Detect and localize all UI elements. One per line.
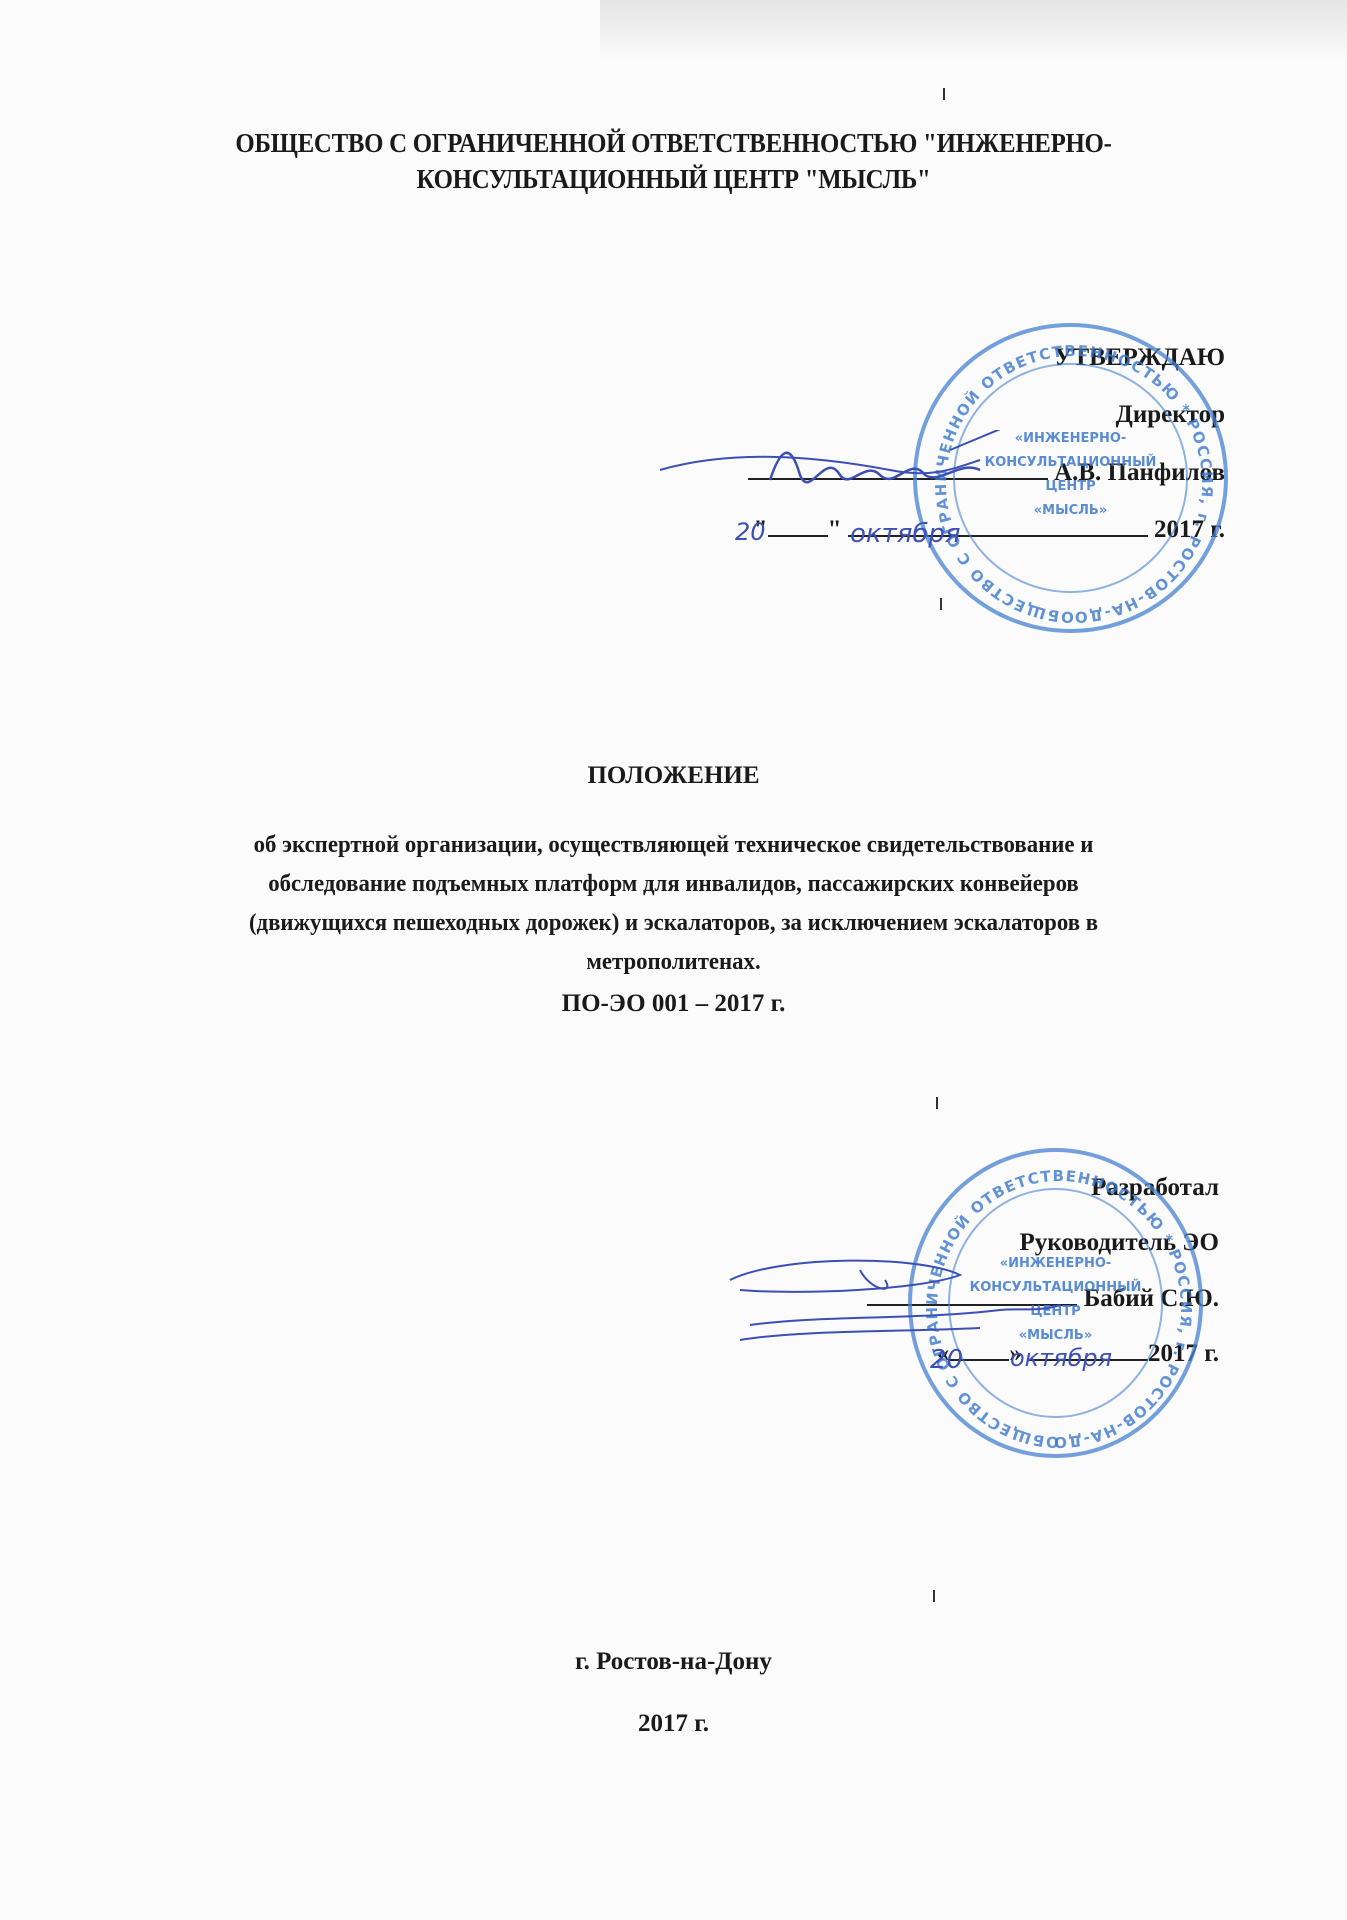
quote-close: " [828,516,842,543]
approval-position: Директор [748,395,1225,452]
organization-line-2: КОНСУЛЬТАЦИОННЫЙ ЦЕНТР "МЫСЛЬ" [54,161,1293,197]
developed-signature-row: Бабий С.Ю. [867,1278,1219,1333]
developed-heading: Разработал [867,1168,1219,1223]
city: г. Ростов-на-Дону [0,1648,1347,1676]
developed-position: Руководитель ЭО [867,1223,1219,1278]
scan-mark [940,598,942,610]
approval-signature-row: А.В. Панфилов [748,452,1225,509]
approval-heading: УТВЕРЖДАЮ [748,338,1225,395]
quote-open: « [937,1340,950,1367]
developed-year: 2017 г. [1148,1340,1219,1367]
day-field [768,509,828,537]
scan-mark [943,88,945,100]
quote-close: » [1009,1340,1022,1367]
document-title: ПОЛОЖЕНИЕ [0,762,1347,790]
subtitle-line: обследование подъемных платформ для инва… [176,865,1171,904]
document-subtitle: об экспертной организации, осуществляюще… [176,826,1171,982]
approval-block: УТВЕРЖДАЮ Директор А.В. Панфилов "" 2017… [748,338,1225,566]
quote-open: " [754,516,768,543]
developed-name: Бабий С.Ю. [1084,1285,1219,1312]
approval-name: А.В. Панфилов [1054,459,1225,486]
year: 2017 г. [0,1710,1347,1738]
signature-line [867,1278,1077,1306]
organization-name: ОБЩЕСТВО С ОГРАНИЧЕННОЙ ОТВЕТСТВЕННОСТЬЮ… [54,125,1293,197]
day-field [949,1333,1009,1361]
month-field [848,509,1148,537]
subtitle-line: метрополитенах. [176,943,1171,982]
developed-date: «» 2017 г. [867,1333,1219,1388]
document-code: ПО-ЭО 001 – 2017 г. [0,990,1347,1018]
subtitle-line: об экспертной организации, осуществляюще… [176,826,1171,865]
approval-year: 2017 г. [1154,516,1225,543]
developed-block: Разработал Руководитель ЭО Бабий С.Ю. «»… [867,1168,1219,1388]
approval-date: "" 2017 г. [748,509,1225,566]
scan-artifact [600,0,1347,60]
signature-line [748,452,1048,480]
subtitle-line: (движущихся пешеходных дорожек) и эскала… [176,904,1171,943]
scan-mark [933,1590,935,1602]
scan-mark [936,1097,938,1109]
month-field [1028,1333,1148,1361]
organization-line-1: ОБЩЕСТВО С ОГРАНИЧЕННОЙ ОТВЕТСТВЕННОСТЬЮ… [54,125,1293,161]
